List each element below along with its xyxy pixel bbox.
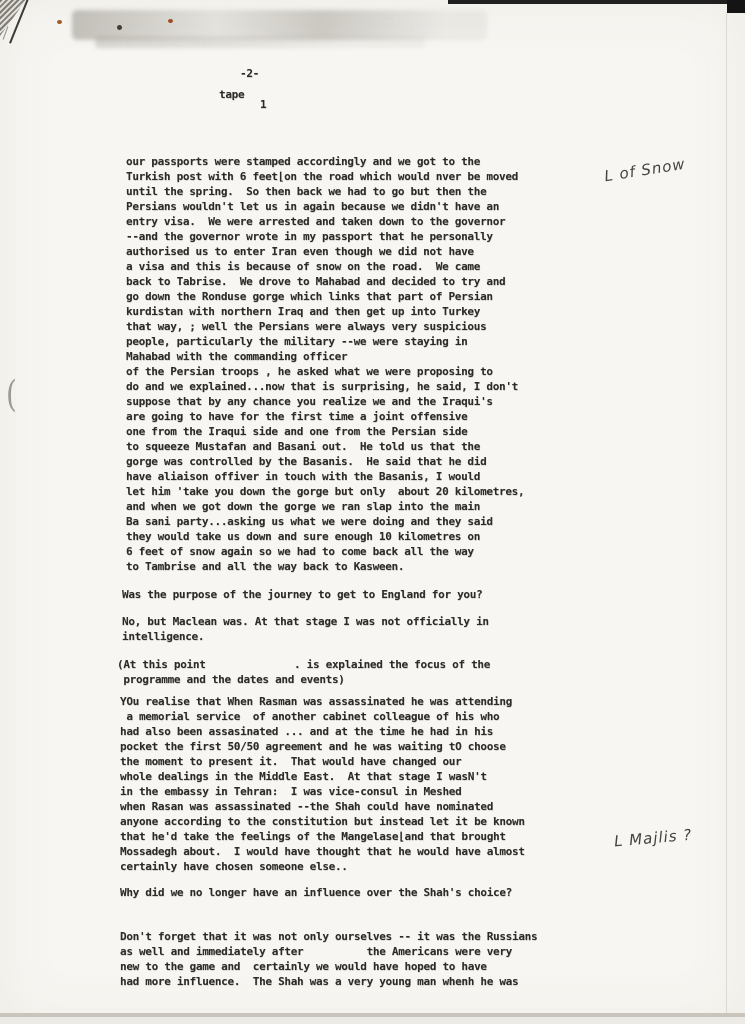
page-number: -2-	[240, 66, 259, 81]
scan-edge-bottom	[0, 1017, 745, 1024]
margin-note-of-snow: L of Snow	[603, 156, 686, 185]
scanner-smudge-band-small	[95, 37, 425, 48]
scanned-document-page: ( -2- tape 1 our passports were stamped …	[0, 0, 745, 1024]
left-margin-pen-mark: (	[6, 373, 17, 417]
editorial-stage-note: (At this point . is explained the focus …	[117, 657, 490, 687]
question-journey-purpose: Was the purpose of the journey to get to…	[122, 587, 482, 602]
paragraph-border-crossing: our passports were stamped accordingly a…	[126, 154, 524, 574]
tape-number: 1	[260, 97, 266, 112]
paragraph-rasman-assassination: YOu realise that When Rasman was assassi…	[120, 694, 525, 874]
scanner-smudge-band	[72, 10, 487, 40]
ink-speck	[117, 25, 122, 30]
paragraph-influence: Don't forget that it was not only oursel…	[120, 929, 537, 989]
answer-maclean: No, but Maclean was. At that stage I was…	[122, 614, 489, 644]
scan-edge-block-top-right	[727, 0, 745, 13]
paper-edge-line	[726, 13, 727, 1018]
scan-edge-strip-top	[448, 0, 745, 4]
rust-speck	[168, 19, 173, 23]
question-shah-choice: Why did we no longer have an influence o…	[120, 885, 512, 900]
margin-note-majlis: L Majlis ?	[613, 827, 692, 850]
rust-speck	[57, 20, 62, 24]
tape-label: tape	[219, 87, 244, 102]
